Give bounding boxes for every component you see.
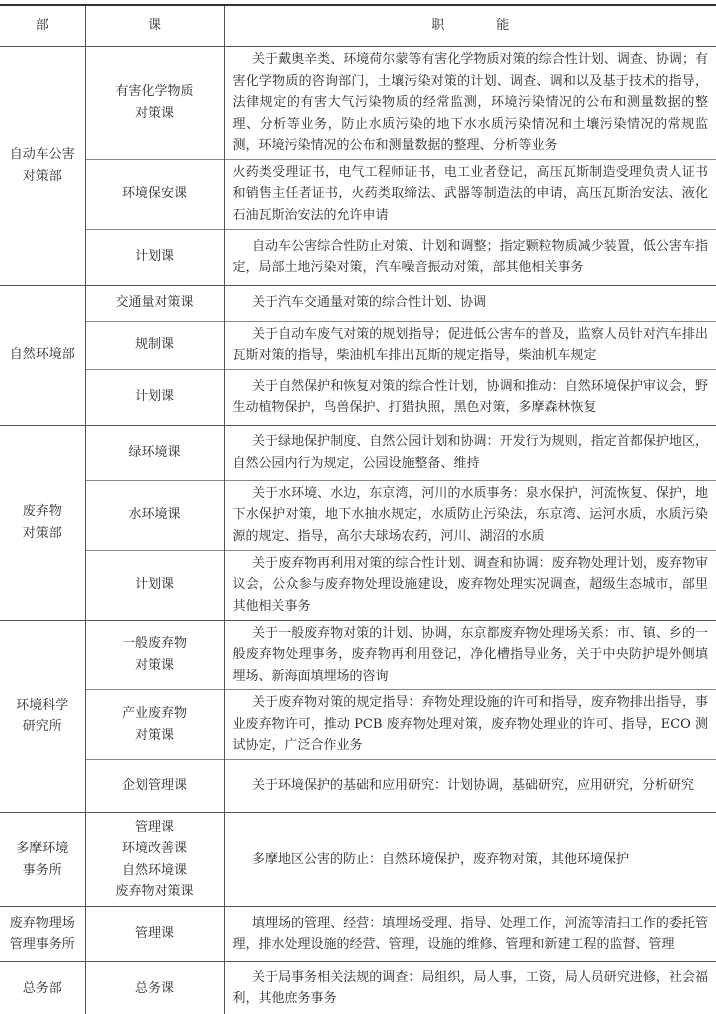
table-row: 产业废弃物对策课关于废弃物对策的规定指导：弃物处理设施的许可和指导，废弃物排出指… bbox=[0, 690, 716, 760]
function-cell: 关于自动车废气对策的规划指导；促进低公害车的普及，监察人员针对汽车排出瓦斯对策的… bbox=[224, 321, 716, 369]
department-cell: 废弃物理场管理事务所 bbox=[0, 907, 85, 962]
table-row: 计划课自动车公害综合性防止对策、计划和调整；指定颗粒物质减少装置，低公害车指定，… bbox=[0, 229, 716, 285]
function-cell: 关于废弃物对策的规定指导：弃物处理设施的许可和指导，废弃物排出指导，事业废弃物许… bbox=[224, 690, 716, 760]
function-text: 填埋场的管理、经营：填埋场受理、指导、处理工作，河流等清扫工作的委托管理，排水处… bbox=[233, 916, 709, 953]
function-cell: 火药类受理证书，电气工程师证书，电工业者登记，高压瓦斯制造受理负责人证书和销售主… bbox=[224, 159, 716, 229]
function-text: 关于一般废弃物对策的计划、协调，东京都废弃物处理场关系：市、镇、乡的一般废弃物处… bbox=[233, 626, 709, 684]
function-text: 关于戴奥辛类、环境荷尔蒙等有害化学物质对策的综合性计划、调查、协调；有害化学物质… bbox=[233, 52, 709, 153]
section-cell: 有害化学物质对策课 bbox=[85, 47, 224, 160]
section-cell: 管理课环境改善课自然环境课废弃物对策课 bbox=[85, 813, 224, 907]
table-body: 自动车公害对策部有害化学物质对策课关于戴奥辛类、环境荷尔蒙等有害化学物质对策的综… bbox=[0, 47, 716, 1014]
table-row: 多摩环境事务所管理课环境改善课自然环境课废弃物对策课多摩地区公害的防止：自然环境… bbox=[0, 813, 716, 907]
header-function: 职能 bbox=[224, 5, 716, 47]
function-cell: 关于自然保护和恢复对策的综合性计划，协调和推动：自然环境保护审议会，野生动植物保… bbox=[224, 369, 716, 425]
section-cell: 规制课 bbox=[85, 321, 224, 369]
department-cell: 自动车公害对策部 bbox=[0, 47, 85, 286]
table-row: 水环境课关于水环境、水边，东京湾，河川的水质事务：泉水保护，河流恢复、保护，地下… bbox=[0, 480, 716, 550]
department-cell: 自然环境部 bbox=[0, 285, 85, 425]
function-cell: 关于戴奥辛类、环境荷尔蒙等有害化学物质对策的综合性计划、调查、协调；有害化学物质… bbox=[224, 47, 716, 160]
header-dept: 部 bbox=[0, 5, 85, 47]
function-text: 关于环境保护的基础和应用研究：计划协调，基础研究，应用研究，分析研究 bbox=[252, 778, 694, 793]
table-row: 计划课关于自然保护和恢复对策的综合性计划，协调和推动：自然环境保护审议会，野生动… bbox=[0, 369, 716, 425]
table-row: 废弃物理场管理事务所管理课填埋场的管理、经营：填埋场受理、指导、处理工作，河流等… bbox=[0, 907, 716, 962]
section-cell: 交通量对策课 bbox=[85, 285, 224, 321]
table-row: 环境科学研究所一般废弃物对策课关于一般废弃物对策的计划、协调，东京都废弃物处理场… bbox=[0, 620, 716, 690]
function-text: 关于自动车废气对策的规划指导；促进低公害车的普及，监察人员针对汽车排出瓦斯对策的… bbox=[233, 327, 709, 364]
section-cell: 环境保安课 bbox=[85, 159, 224, 229]
function-cell: 关于局事务相关法规的调查：局组织，局人事，工资，局人员研究进修，社会福利，其他庶… bbox=[224, 962, 716, 1014]
function-cell: 关于汽车交通量对策的综合性计划、协调 bbox=[224, 285, 716, 321]
table-row: 自然环境部交通量对策课关于汽车交通量对策的综合性计划、协调 bbox=[0, 285, 716, 321]
function-text: 关于废弃物再利用对策的综合性计划、调查和协调：废弃物处理计划，废弃物审议会，公众… bbox=[233, 556, 709, 614]
function-text: 关于废弃物对策的规定指导：弃物处理设施的许可和指导，废弃物排出指导，事业废弃物许… bbox=[233, 695, 709, 753]
function-cell: 关于水环境、水边，东京湾，河川的水质事务：泉水保护，河流恢复、保护，地下水保护对… bbox=[224, 480, 716, 550]
table-header-row: 部 课 职能 bbox=[0, 5, 716, 47]
header-section: 课 bbox=[85, 5, 224, 47]
department-cell: 总务部 bbox=[0, 962, 85, 1014]
function-text: 关于局事务相关法规的调查：局组织，局人事，工资，局人员研究进修，社会福利，其他庶… bbox=[233, 970, 709, 1007]
table-row: 总务部总务课关于局事务相关法规的调查：局组织，局人事，工资，局人员研究进修，社会… bbox=[0, 962, 716, 1014]
section-cell: 水环境课 bbox=[85, 480, 224, 550]
section-cell: 一般废弃物对策课 bbox=[85, 620, 224, 690]
header-function-char-2: 能 bbox=[496, 18, 509, 33]
section-cell: 计划课 bbox=[85, 550, 224, 620]
function-cell: 多摩地区公害的防止：自然环境保护，废弃物对策，其他环境保护 bbox=[224, 813, 716, 907]
function-text: 关于水环境、水边，东京湾，河川的水质事务：泉水保护，河流恢复、保护，地下水保护对… bbox=[233, 486, 709, 544]
table-row: 规制课关于自动车废气对策的规划指导；促进低公害车的普及，监察人员针对汽车排出瓦斯… bbox=[0, 321, 716, 369]
department-functions-table: 部 课 职能 自动车公害对策部有害化学物质对策课关于戴奥辛类、环境荷尔蒙等有害化… bbox=[0, 4, 716, 1014]
function-text: 多摩地区公害的防止：自然环境保护，废弃物对策，其他环境保护 bbox=[252, 852, 629, 867]
function-text: 自动车公害综合性防止对策、计划和调整；指定颗粒物质减少装置，低公害车指定，局部土… bbox=[233, 239, 709, 276]
function-text: 火药类受理证书，电气工程师证书，电工业者登记，高压瓦斯制造受理负责人证书和销售主… bbox=[233, 165, 709, 223]
section-cell: 管理课 bbox=[85, 907, 224, 962]
section-cell: 总务课 bbox=[85, 962, 224, 1014]
function-text: 关于自然保护和恢复对策的综合性计划，协调和推动：自然环境保护审议会，野生动植物保… bbox=[233, 379, 709, 416]
function-cell: 关于绿地保护制度、自然公园计划和协调：开发行为规则，指定首都保护地区，自然公园内… bbox=[224, 425, 716, 480]
table-row: 企划管理课关于环境保护的基础和应用研究：计划协调，基础研究，应用研究，分析研究 bbox=[0, 760, 716, 813]
function-text: 关于绿地保护制度、自然公园计划和协调：开发行为规则，指定首都保护地区，自然公园内… bbox=[233, 434, 709, 471]
function-cell: 关于废弃物再利用对策的综合性计划、调查和协调：废弃物处理计划，废弃物审议会，公众… bbox=[224, 550, 716, 620]
section-cell: 绿环境课 bbox=[85, 425, 224, 480]
section-cell: 计划课 bbox=[85, 369, 224, 425]
section-cell: 产业废弃物对策课 bbox=[85, 690, 224, 760]
function-cell: 关于一般废弃物对策的计划、协调，东京都废弃物处理场关系：市、镇、乡的一般废弃物处… bbox=[224, 620, 716, 690]
department-cell: 多摩环境事务所 bbox=[0, 813, 85, 907]
department-cell: 废弃物对策部 bbox=[0, 425, 85, 620]
function-cell: 填埋场的管理、经营：填埋场受理、指导、处理工作，河流等清扫工作的委托管理，排水处… bbox=[224, 907, 716, 962]
function-text: 关于汽车交通量对策的综合性计划、协调 bbox=[252, 295, 486, 310]
table-row: 计划课关于废弃物再利用对策的综合性计划、调查和协调：废弃物处理计划，废弃物审议会… bbox=[0, 550, 716, 620]
table-row: 自动车公害对策部有害化学物质对策课关于戴奥辛类、环境荷尔蒙等有害化学物质对策的综… bbox=[0, 47, 716, 160]
section-cell: 计划课 bbox=[85, 229, 224, 285]
section-cell: 企划管理课 bbox=[85, 760, 224, 813]
department-cell: 环境科学研究所 bbox=[0, 620, 85, 813]
table-row: 废弃物对策部绿环境课关于绿地保护制度、自然公园计划和协调：开发行为规则，指定首都… bbox=[0, 425, 716, 480]
header-function-char-1: 职 bbox=[431, 18, 444, 33]
table-row: 环境保安课火药类受理证书，电气工程师证书，电工业者登记，高压瓦斯制造受理负责人证… bbox=[0, 159, 716, 229]
function-cell: 关于环境保护的基础和应用研究：计划协调，基础研究，应用研究，分析研究 bbox=[224, 760, 716, 813]
function-cell: 自动车公害综合性防止对策、计划和调整；指定颗粒物质减少装置，低公害车指定，局部土… bbox=[224, 229, 716, 285]
